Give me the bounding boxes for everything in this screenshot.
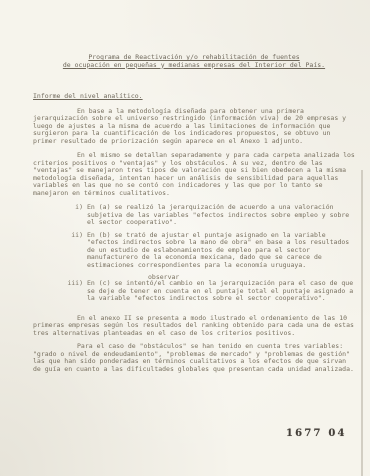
list-marker: iii) — [61, 280, 83, 288]
title-line: de ocupación en pequeñas y medianas empr… — [33, 62, 355, 70]
list-text: En (c) se intentó/el cambio en la jerarq… — [87, 279, 353, 302]
list-text: En (b) se trató de ajustar el puntaje as… — [87, 231, 349, 269]
list-item: i) En (a) se realizó la jerarquización d… — [33, 204, 355, 227]
numbered-list: i) En (a) se realizó la jerarquización d… — [33, 204, 355, 303]
closing-section: En el anexo II se presenta a modo ilustr… — [33, 315, 355, 374]
list-item: ii) En (b) se trató de ajustar el puntaj… — [33, 232, 355, 270]
list-text: En (a) se realizó la jerarquización de a… — [87, 203, 349, 226]
paragraph: En el mismo se detallan separadamente y … — [33, 152, 355, 197]
document-page: Programa de Reactivación y/o rehabilitac… — [0, 0, 370, 476]
paragraph: En el anexo II se presenta a modo ilustr… — [33, 315, 355, 338]
section-heading: Informe del nivel analítico. — [33, 93, 143, 101]
paragraph: En base a la metodología diseñada para o… — [33, 108, 355, 146]
list-marker: ii) — [61, 232, 83, 240]
list-item: iii) En (c) se intentó/el cambio en la j… — [33, 280, 355, 303]
page-number-stamp: 1677 04 — [286, 428, 347, 440]
list-marker: i) — [61, 204, 83, 212]
paragraph: Para el caso de "obstáculos" se han teni… — [33, 343, 355, 373]
document-title: Programa de Reactivación y/o rehabilitac… — [33, 54, 355, 69]
paper-edge-shadow — [361, 170, 363, 476]
